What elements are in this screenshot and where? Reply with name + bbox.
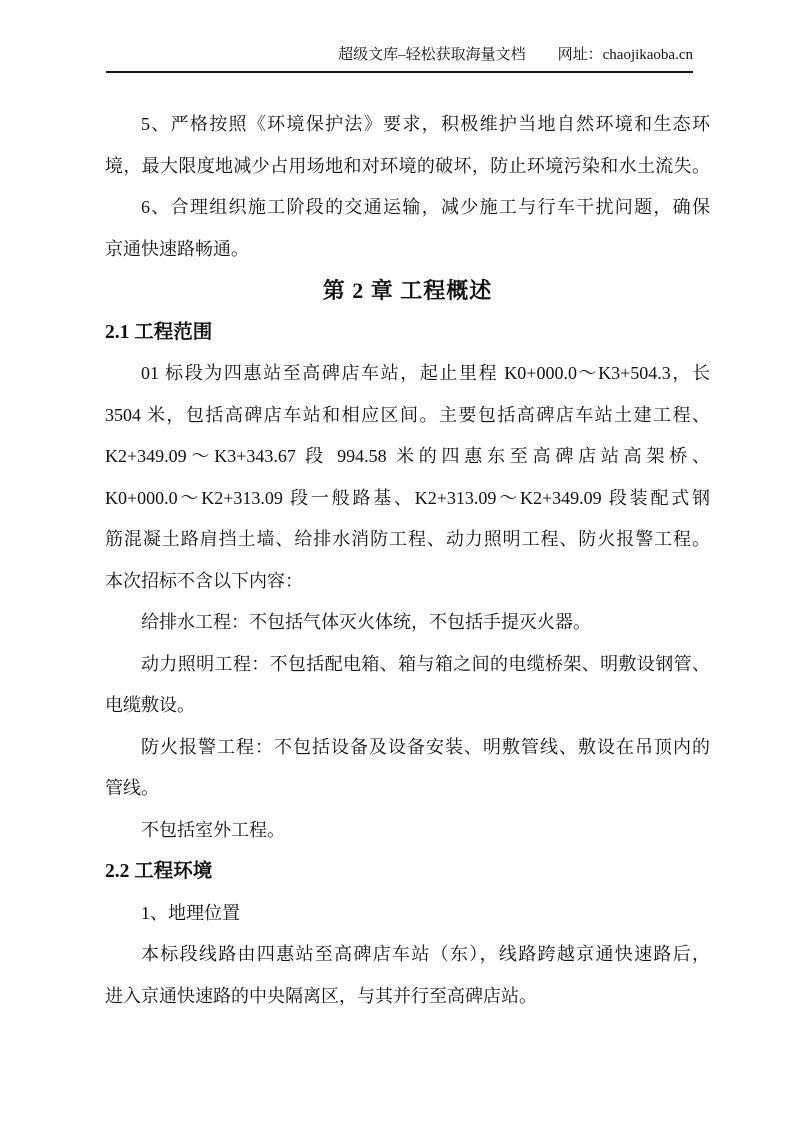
text-line: 1、地理位置: [105, 893, 710, 935]
text-line: 5、严格按照《环境保护法》要求，积极维护当地自然环境和生态环: [105, 104, 710, 146]
text-line: 动力照明工程：不包括配电箱、箱与箱之间的电缆桥架、明敷设钢管、: [105, 644, 710, 686]
text-line: K2+349.09～K3+343.67 段 994.58 米的四惠东至高碑店站高…: [105, 436, 710, 478]
text-line: 本标段线路由四惠站至高碑店车站（东），线路跨越京通快速路后，: [105, 934, 710, 976]
header-url-value: chaojikaoba.cn: [603, 47, 693, 63]
section-heading: 2.2 工程环境: [105, 851, 710, 893]
section-heading: 2.1 工程范围: [105, 312, 710, 354]
text-line: 进入京通快速路的中央隔离区，与其并行至高碑店站。: [105, 976, 710, 1018]
text-line: 境，最大限度地减少占用场地和对环境的破坏，防止环境污染和水土流失。: [105, 146, 710, 188]
text-line: 3504 米，包括高碑店车站和相应区间。主要包括高碑店车站土建工程、: [105, 395, 710, 437]
text-line: 京通快速路畅通。: [105, 229, 710, 271]
header-site-name: 超级文库–轻松获取海量文档: [338, 47, 526, 63]
chapter-heading: 第 2 章 工程概述: [105, 270, 710, 312]
text-line: 6、合理组织施工阶段的交通运输，减少施工与行车干扰问题，确保: [105, 187, 710, 229]
text-line: 防火报警工程：不包括设备及设备安装、明敷管线、敷设在吊顶内的: [105, 727, 710, 769]
text-line: 筋混凝土路肩挡土墙、给排水消防工程、动力照明工程、防火报警工程。: [105, 519, 710, 561]
text-line: 01 标段为四惠站至高碑店车站，起止里程 K0+000.0～K3+504.3，长: [105, 353, 710, 395]
text-line: K0+000.0～K2+313.09 段一般路基、K2+313.09～K2+34…: [105, 478, 710, 520]
document-page: 超级文库–轻松获取海量文档网址：chaojikaoba.cn 5、严格按照《环境…: [0, 0, 793, 1122]
header-url: 网址：chaojikaoba.cn: [558, 47, 693, 63]
page-header: 超级文库–轻松获取海量文档网址：chaojikaoba.cn: [106, 44, 693, 73]
document-body: 5、严格按照《环境保护法》要求，积极维护当地自然环境和生态环境，最大限度地减少占…: [105, 104, 710, 1017]
text-line: 电缆敷设。: [105, 685, 710, 727]
text-line: 不包括室外工程。: [105, 810, 710, 852]
text-line: 管线。: [105, 768, 710, 810]
header-url-label: 网址：: [558, 47, 603, 63]
text-line: 本次招标不含以下内容：: [105, 561, 710, 603]
text-line: 给排水工程：不包括气体灭火体统，不包括手提灭火器。: [105, 602, 710, 644]
